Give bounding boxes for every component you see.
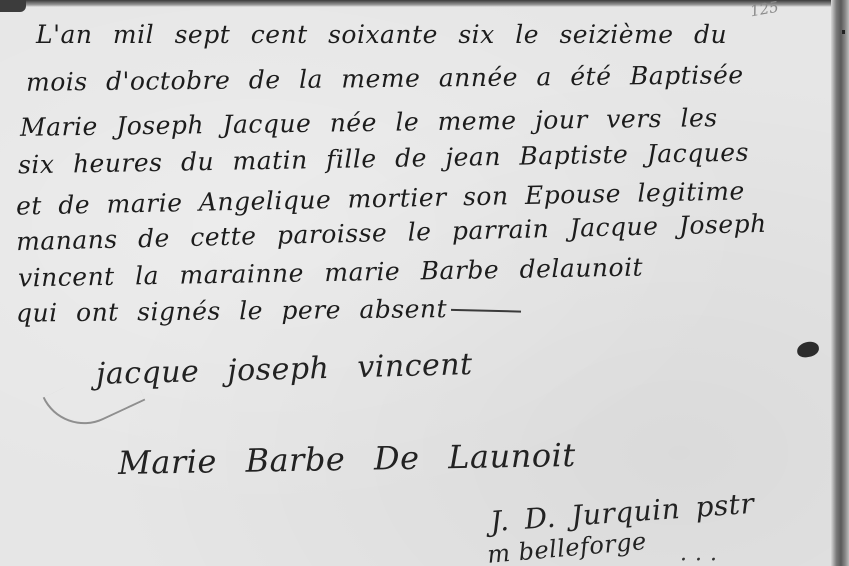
binding-mark — [842, 30, 845, 34]
signature-godfather: jacque joseph vincent — [96, 347, 473, 392]
manuscript-page: 125 L'an mil sept cent soixante six le s… — [0, 0, 849, 566]
line-end-stroke — [451, 308, 521, 312]
book-binding-gutter — [831, 0, 849, 566]
page-top-edge — [0, 0, 849, 7]
record-line-3: Marie Joseph Jacque née le meme jour ver… — [20, 103, 718, 142]
record-line-7: vincent la marainne marie Barbe delaunoi… — [18, 253, 644, 293]
record-line-2: mois d'octobre de la meme année a été Ba… — [26, 60, 744, 97]
record-line-1: L'an mil sept cent soixante six le seizi… — [36, 20, 727, 49]
record-line-8: qui ont signés le pere absent — [16, 293, 521, 327]
trailing-mark: · · · — [680, 548, 717, 566]
record-line-4: six heures du matin fille de jean Baptis… — [18, 138, 749, 180]
signature-godmother: Marie Barbe De Launoit — [118, 436, 576, 482]
folio-number: 125 — [749, 0, 780, 20]
record-line-8-text: qui ont signés le pere absent — [16, 294, 447, 328]
ink-blot — [796, 341, 820, 359]
corner-stain — [0, 0, 26, 12]
